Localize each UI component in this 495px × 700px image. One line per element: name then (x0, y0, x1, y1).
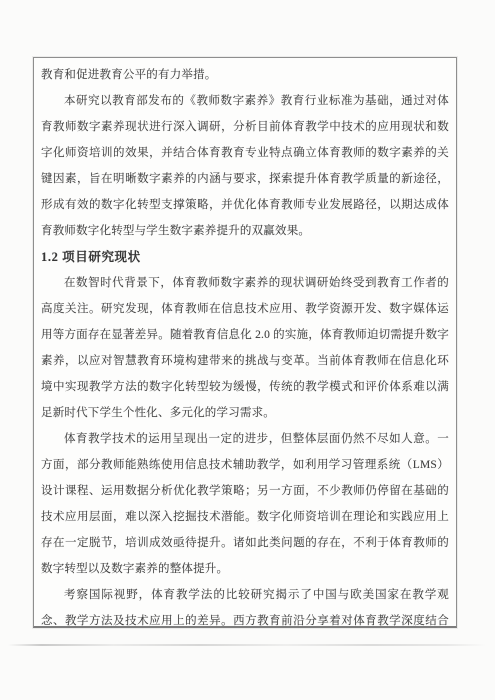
document-table-cell: 教育和促进教育公平的有力举措。 本研究以教育部发布的《教师数字素养》教育行业标准… (33, 57, 457, 628)
scanned-document-page: 教育和促进教育公平的有力举措。 本研究以教育部发布的《教师数字素养》教育行业标准… (0, 0, 495, 700)
current-status-paragraph: 在数智时代背景下，体育教师数字素养的现状调研始终受到教育工作者的高度关注。研究发… (41, 270, 449, 426)
research-overview-paragraph: 本研究以教育部发布的《教师数字素养》教育行业标准为基础，通过对体育教师数字素养现… (41, 88, 449, 244)
continuation-paragraph: 教育和促进教育公平的有力举措。 (41, 62, 449, 88)
scan-artifact-line (8, 644, 486, 646)
international-comparison-paragraph: 考察国际视野，体育教学法的比较研究揭示了中国与欧美国家在教学观念、教学方法及技术… (41, 582, 449, 628)
technology-progress-paragraph: 体育教学技术的运用呈现出一定的进步，但整体层面仍然不尽如人意。一方面，部分教师能… (41, 426, 449, 582)
section-heading-1-2: 1.2 项目研究现状 (41, 244, 449, 270)
